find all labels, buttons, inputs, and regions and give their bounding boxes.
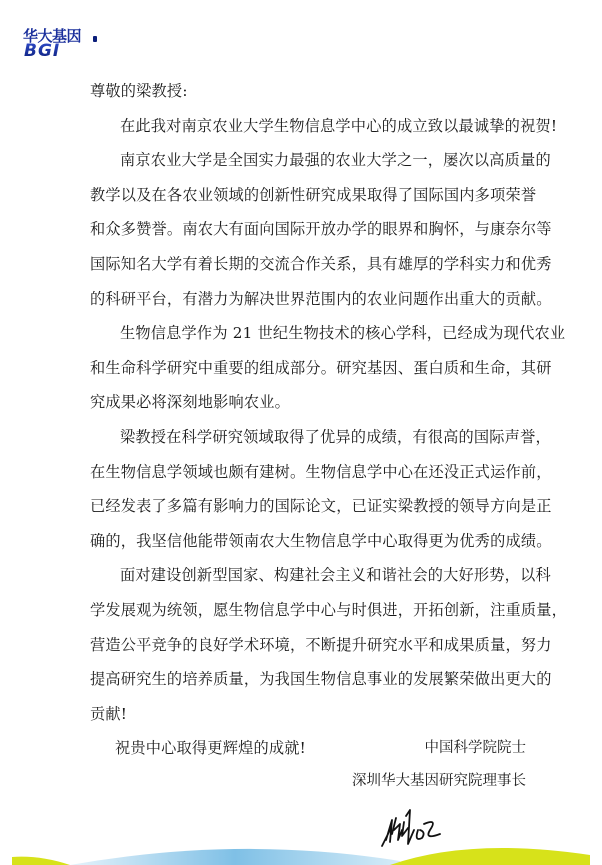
paragraph-line: 和生命科学研究中重要的组成部分。研究基因、蛋白质和生命，其研	[90, 351, 540, 386]
decorative-wave-footer	[0, 825, 602, 865]
paragraph-line: 南京农业大学是全国实力最强的农业大学之一，屡次以高质量的	[90, 143, 540, 178]
signer-title-chairman: 深圳华大基因研究院理事长	[352, 769, 526, 790]
signer-title-academician: 中国科学院院士	[425, 736, 527, 757]
paragraph-line: 究成果必将深刻地影响农业。	[90, 385, 540, 420]
logo-english-name: BGI	[24, 43, 60, 60]
paragraph-line: 生物信息学作为 21 世纪生物技术的核心学科，已经成为现代农业	[90, 316, 540, 351]
salutation: 尊敬的梁教授:	[90, 74, 540, 109]
paragraph-line: 在生物信息学领域也颇有建树。生物信息学中心在还没正式运作前，	[90, 455, 540, 490]
paragraph-line: 的科研平台，有潜力为解决世界范围内的农业问题作出重大的贡献。	[90, 282, 540, 317]
paragraph-line: 确的，我坚信他能带领南农大生物信息学中心取得更为优秀的成绩。	[90, 524, 540, 559]
letter-body: 尊敬的梁教授: 在此我对南京农业大学生物信息学中心的成立致以最诚挚的祝贺! 南京…	[90, 74, 540, 766]
paragraph-line: 学发展观为统领，愿生物信息学中心与时俱进，开拓创新，注重质量，	[90, 593, 540, 628]
paragraph-line: 和众多赞誉。南农大有面向国际开放办学的眼界和胸怀，与康奈尔等	[90, 212, 540, 247]
paragraph-line: 国际知名大学有着长期的交流合作关系，具有雄厚的学科实力和优秀	[90, 247, 540, 282]
paragraph-line: 营造公平竞争的良好学术环境，不断提升研究水平和成果质量，努力	[90, 628, 540, 663]
paragraph-line: 贡献!	[90, 697, 540, 732]
paragraph-line: 已经发表了多篇有影响力的国际论文，已证实梁教授的领导方向是正	[90, 489, 540, 524]
paragraph-line: 面对建设创新型国家、构建社会主义和谐社会的大好形势，以科	[90, 558, 540, 593]
paragraph-line: 提高研究生的培养质量，为我国生物信息事业的发展繁荣做出更大的	[90, 662, 540, 697]
logo-mark	[93, 36, 97, 42]
paragraph-line: 梁教授在科学研究领域取得了优异的成绩，有很高的国际声誉，	[90, 420, 540, 455]
bgi-logo: 华大基因 BGI	[23, 28, 103, 62]
paragraph-line: 在此我对南京农业大学生物信息学中心的成立致以最诚挚的祝贺!	[90, 109, 540, 144]
paragraph-line: 教学以及在各农业领域的创新性研究成果取得了国际国内多项荣誉	[90, 178, 540, 213]
